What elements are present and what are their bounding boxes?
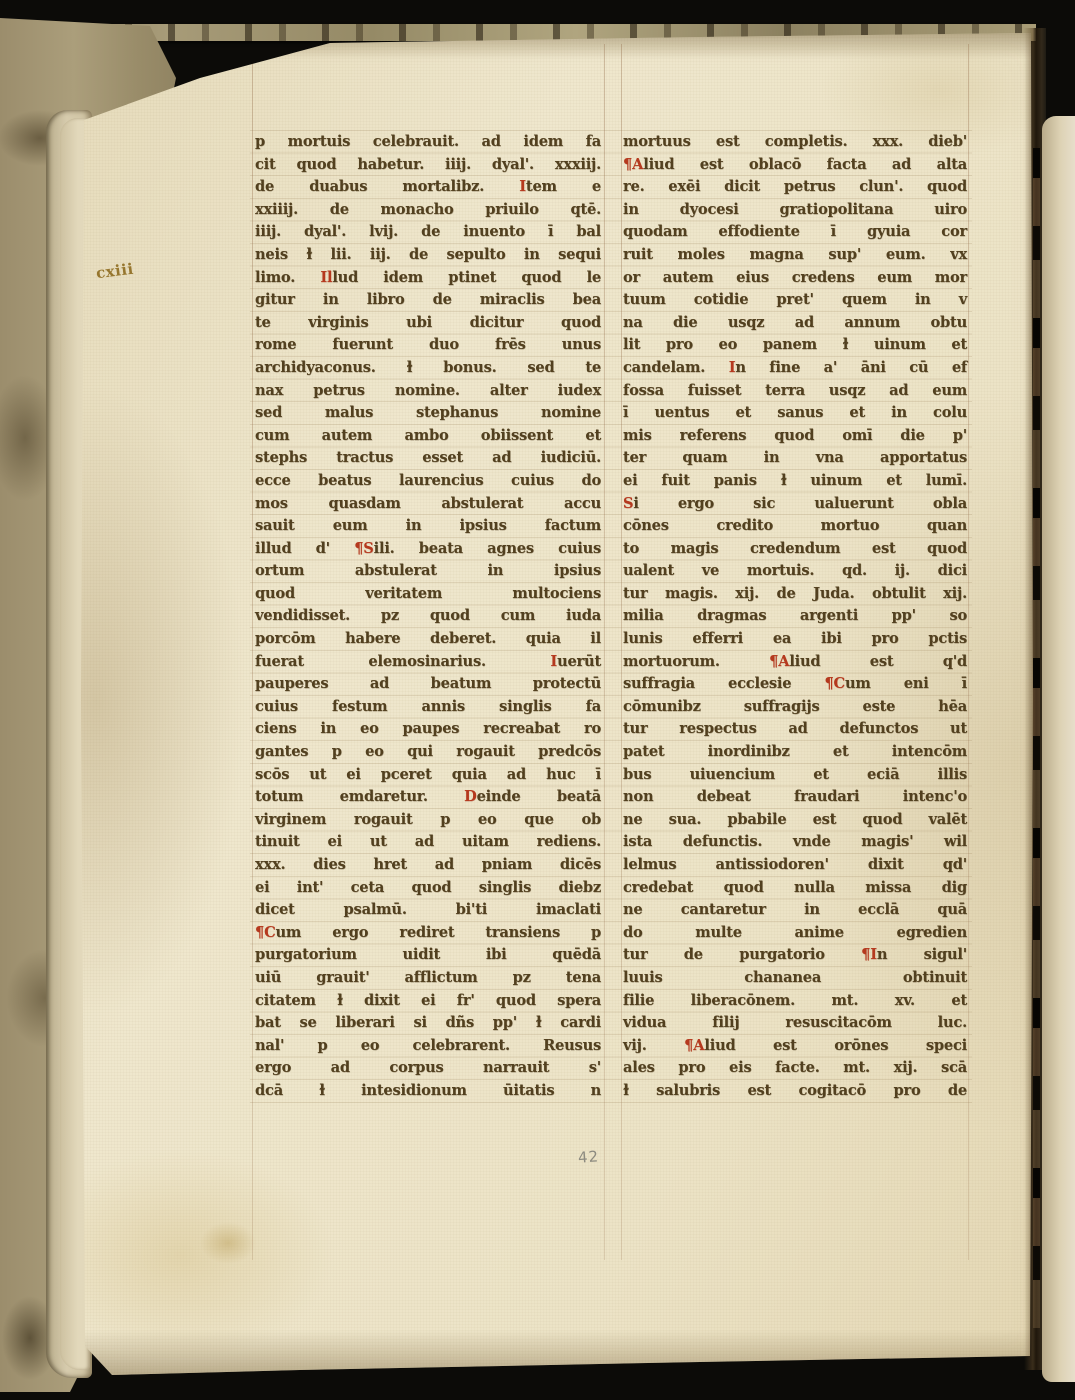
- manuscript-page: cxiii p mortuis celebrauit. ad idem faci…: [0, 0, 1075, 1400]
- text-line: cōnes credito mortuo quan: [623, 515, 967, 538]
- text-line: cōmunibz suffragijs este hēa: [623, 696, 967, 719]
- rubric-initial: ¶A: [769, 653, 789, 670]
- rubric-initial: ¶C: [824, 675, 845, 692]
- text-line: ei fuit panis ɫ uinum et lumī.: [623, 470, 967, 493]
- text-line: ergo ad corpus narrauit s': [255, 1057, 601, 1080]
- text-line: or autem eius credens eum mor: [623, 267, 967, 290]
- vertical-ruling-line: [252, 44, 253, 1260]
- text-line: patet inordinibz et intencōm: [623, 741, 967, 764]
- text-line: ista defunctis. vnde magis' wil: [623, 831, 967, 854]
- text-line: cum autem ambo obiissent et: [255, 425, 601, 448]
- text-line: do multe anime egredien: [623, 922, 967, 945]
- text-line: re. exēi dicit petrus clun'. quod: [623, 176, 967, 199]
- text-line: tur respectus ad defunctos ut: [623, 718, 967, 741]
- text-line: xxiiij. de monacho priuilo qtē.: [255, 199, 601, 222]
- text-line: ¶Aliud est oblacō facta ad alta: [623, 154, 967, 177]
- text-line: quodam effodiente ī gyuia cor: [623, 221, 967, 244]
- text-line: p mortuis celebrauit. ad idem fa: [255, 131, 601, 154]
- text-line: tur magis. xij. de Juda. obtulit xij.: [623, 583, 967, 606]
- text-line: vij. ¶Aliud est orōnes speci: [623, 1035, 967, 1058]
- text-line: ortum abstulerat in ipsius: [255, 560, 601, 583]
- text-line: illud d' ¶Sili. beata agnes cuius: [255, 538, 601, 561]
- page-bottom-shading: [84, 1330, 1034, 1376]
- text-line: nax petrus nomine. alter iudex: [255, 380, 601, 403]
- folio-number-note: cxiii: [95, 260, 135, 282]
- text-line: filie liberacōnem. mt. xv. et: [623, 990, 967, 1013]
- text-line: citatem ɫ dixit ei fr' quod spera: [255, 990, 601, 1013]
- text-line: gantes p eo qui rogauit predcōs: [255, 741, 601, 764]
- rubric-initial: ¶C: [255, 924, 276, 941]
- rubric-initial: Il: [320, 269, 332, 286]
- text-line: bus uiuencium et eciā illis: [623, 764, 967, 787]
- text-line: Si ergo sic ualuerunt obla: [623, 493, 967, 516]
- text-line: ter quam in vna apportatus: [623, 447, 967, 470]
- text-line: credebat quod nulla missa dig: [623, 877, 967, 900]
- text-line: non debeat fraudari intenc'o: [623, 786, 967, 809]
- rubric-initial: I: [519, 178, 526, 195]
- manuscript-photo: cxiii p mortuis celebrauit. ad idem faci…: [0, 0, 1075, 1400]
- rubric-initial: ¶A: [684, 1037, 704, 1054]
- text-line: ruit moles magna sup' eum. vx: [623, 244, 967, 267]
- text-line: ualent ve mortuis. qd. ij. dici: [623, 560, 967, 583]
- text-line: ¶Cum ergo rediret transiens p: [255, 922, 601, 945]
- sewing-stitches: [1033, 148, 1040, 1328]
- text-line: sed malus stephanus nomine: [255, 402, 601, 425]
- text-line: ei int' ceta quod singlis diebz: [255, 877, 601, 900]
- text-column-right: mortuus est completis. xxx. dieb'¶Aliud …: [623, 131, 967, 1103]
- vertical-ruling-line: [604, 44, 605, 1260]
- rubric-initial: ¶A: [623, 156, 643, 173]
- text-line: vidua filij resuscitacōm luc.: [623, 1012, 967, 1035]
- text-line: gitur in libro de miraclis bea: [255, 289, 601, 312]
- text-column-left: p mortuis celebrauit. ad idem facit quod…: [255, 131, 601, 1103]
- text-line: lunis efferri ea ibi pro pctis: [623, 628, 967, 651]
- text-line: mos quasdam abstulerat accu: [255, 493, 601, 516]
- text-line: dicet psalmū. bi'ti imaclati: [255, 899, 601, 922]
- text-line: luuis chananea obtinuit: [623, 967, 967, 990]
- text-line: ciens in eo paupes recreabat ro: [255, 718, 601, 741]
- text-line: candelam. In fine a' āni cū ef: [623, 357, 967, 380]
- text-line: neis ɫ lii. iij. de sepulto in sequi: [255, 244, 601, 267]
- facing-page-edge: [1042, 116, 1075, 1382]
- text-line: sauit eum in ipsius factum: [255, 515, 601, 538]
- text-line: limo. Illud idem ptinet quod le: [255, 267, 601, 290]
- text-line: lit pro eo panem ɫ uinum et: [623, 334, 967, 357]
- text-line: xxx. dies hret ad pniam dicēs: [255, 854, 601, 877]
- text-line: mortuorum. ¶Aliud est q'd: [623, 651, 967, 674]
- rubric-initial: D: [464, 788, 476, 805]
- text-line: ɫ salubris est cogitacō pro de: [623, 1080, 967, 1103]
- text-line: stephs tractus esset ad iudiciū.: [255, 447, 601, 470]
- text-line: na die usqz ad annum obtu: [623, 312, 967, 335]
- text-line: nal' p eo celebrarent. Reusus: [255, 1035, 601, 1058]
- text-line: tur de purgatorio ¶In sigul': [623, 944, 967, 967]
- rubric-initial: ¶I: [861, 946, 877, 963]
- vertical-ruling-line: [968, 44, 969, 1260]
- text-line: suffragia ecclesie ¶Cum eni ī: [623, 673, 967, 696]
- text-line: tuum cotidie pret' quem in v: [623, 289, 967, 312]
- text-line: totum emdaretur. Deinde beatā: [255, 786, 601, 809]
- text-line: purgatorium uidit ibi quēdā: [255, 944, 601, 967]
- text-line: archidyaconus. ɫ bonus. sed te: [255, 357, 601, 380]
- text-line: to magis credendum est quod: [623, 538, 967, 561]
- text-line: rome fuerunt duo frēs unus: [255, 334, 601, 357]
- text-line: dcā ɫ intesidionum ūitatis n: [255, 1080, 601, 1103]
- text-line: tinuit ei ut ad uitam rediens.: [255, 831, 601, 854]
- text-line: ne cantaretur in ecclā quā: [623, 899, 967, 922]
- text-line: cit quod habetur. iiij. dyal'. xxxiij.: [255, 154, 601, 177]
- text-line: mortuus est completis. xxx. dieb': [623, 131, 967, 154]
- text-line: te virginis ubi dicitur quod: [255, 312, 601, 335]
- text-line: vendidisset. pz quod cum iuda: [255, 605, 601, 628]
- vertical-ruling-line: [621, 44, 622, 1260]
- text-line: ales pro eis facte. mt. xij. scā: [623, 1057, 967, 1080]
- rubric-initial: ¶S: [354, 540, 373, 557]
- pencil-foliation-number: 42: [577, 1147, 599, 1166]
- text-line: iiij. dyal'. lvij. de inuento ī bal: [255, 221, 601, 244]
- rubric-initial: S: [623, 495, 633, 512]
- text-line: porcōm habere deberet. quia il: [255, 628, 601, 651]
- text-line: ī uentus et sanus et in colu: [623, 402, 967, 425]
- text-line: bat se liberari si dñs pp' ɫ cardi: [255, 1012, 601, 1035]
- text-line: uiū grauit' afflictum pz tena: [255, 967, 601, 990]
- text-line: fuerat elemosinarius. Iuerūt: [255, 651, 601, 674]
- text-line: ecce beatus laurencius cuius do: [255, 470, 601, 493]
- text-line: scōs ut ei pceret quia ad huc ī: [255, 764, 601, 787]
- text-line: pauperes ad beatum protectū: [255, 673, 601, 696]
- text-line: virginem rogauit p eo que ob: [255, 809, 601, 832]
- text-line: de duabus mortalibz. Item e: [255, 176, 601, 199]
- text-line: cuius festum annis singlis fa: [255, 696, 601, 719]
- text-line: fossa fuisset terra usqz ad eum: [623, 380, 967, 403]
- text-line: in dyocesi gratiopolitana uiro: [623, 199, 967, 222]
- text-line: lelmus antissiodoren' dixit qd': [623, 854, 967, 877]
- text-line: quod veritatem multociens: [255, 583, 601, 606]
- text-line: ne sua. pbabile est quod valēt: [623, 809, 967, 832]
- text-line: mis referens quod omī die p': [623, 425, 967, 448]
- text-line: milia dragmas argenti pp' so: [623, 605, 967, 628]
